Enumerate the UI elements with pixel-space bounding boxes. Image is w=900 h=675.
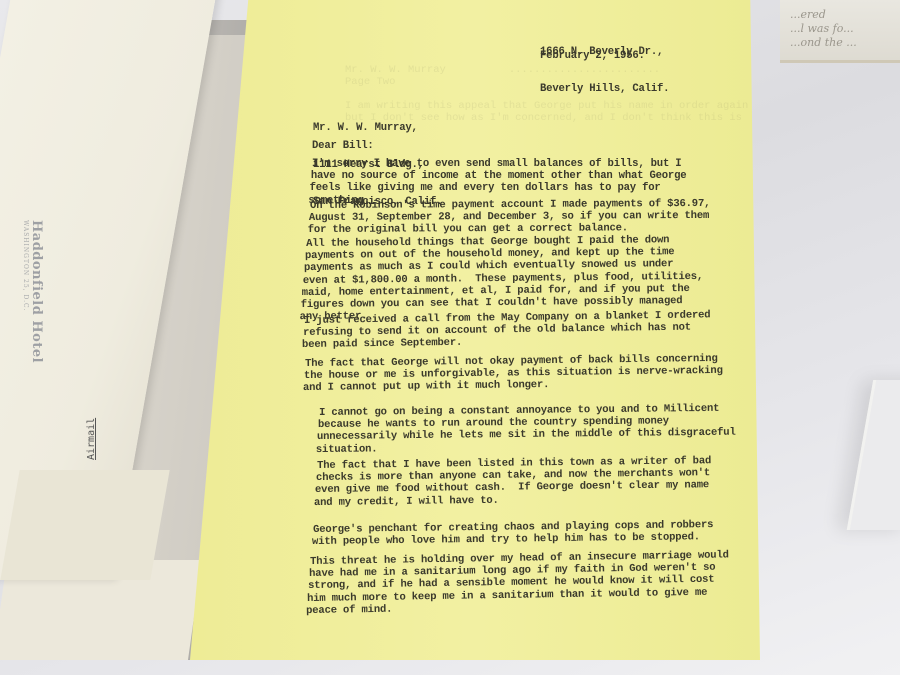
letter-paragraph: The fact that George will not okay payme… [305, 353, 723, 395]
letter-paragraph: On the Robinson's time payment account I… [310, 198, 710, 237]
plastic-tray-edge [847, 380, 900, 530]
envelope-letterhead: Haddonfield Hotel WASHINGTON 25, D.C. [22, 220, 44, 363]
return-address: 1666 N. Beverly Dr., Beverly Hills, Cali… [540, 22, 669, 120]
letter-paragraph: This threat he is holding over my head o… [310, 549, 730, 617]
paragraph-line: have no source of income at the moment o… [311, 170, 687, 182]
photo-scene: Haddonfield Hotel WASHINGTON 25, D.C. Ai… [0, 0, 900, 675]
letter-paragraph: George's penchant for creating chaos and… [313, 519, 714, 548]
paragraph-line: I'm sorry I have to even send small bala… [312, 158, 686, 170]
letterhead-subtext: WASHINGTON 25, D.C. [22, 220, 29, 363]
letter-paragraph: The fact that I have been listed in this… [317, 455, 712, 509]
letterhead-name: Haddonfield Hotel [29, 220, 44, 363]
salutation: Dear Bill: [312, 140, 374, 152]
airmail-label: Airmail [86, 418, 97, 460]
letter-paragraph: I cannot go on being a constant annoyanc… [319, 403, 736, 456]
recipient-line: Mr. W. W. Murray, [313, 122, 442, 134]
letter-paragraph: I just received a call from the May Comp… [304, 309, 711, 351]
envelope-front-lower [0, 470, 169, 580]
handwritten-note: ...ered ...l was fo... ...ond the ... [780, 0, 900, 63]
return-address-line: Beverly Hills, Calif. [540, 83, 669, 95]
letter-date: February 2, 1956. [540, 50, 645, 62]
handwritten-text: ...ered ...l was fo... ...ond the ... [790, 8, 857, 50]
paragraph-line: feels like giving me and every ten dolla… [310, 182, 687, 194]
